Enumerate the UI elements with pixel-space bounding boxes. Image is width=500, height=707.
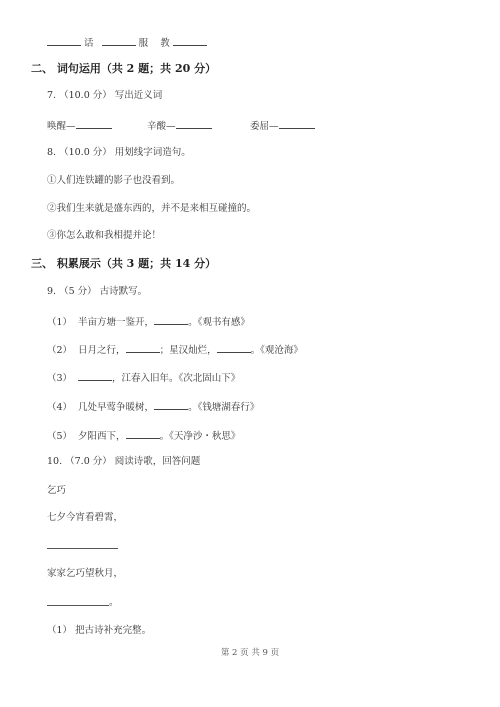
page-number: 第 2 页 共 9 页 [0, 646, 500, 658]
poem-item-2: （2）日月之行，；星汉灿烂，。《观沧海》 [47, 343, 303, 357]
poem-line-2-blank[interactable] [47, 548, 118, 549]
answer-blank[interactable] [126, 343, 160, 353]
sentence-item: ③你怎么敢和我相提并论！ [47, 230, 161, 242]
blank-word: 服 [139, 38, 149, 49]
poem-item-5: （5）夕阳西下，。《天净沙・秋思》 [47, 429, 240, 443]
section-heading-2: 二、 词句运用（共 2 题；共 20 分） [31, 62, 216, 76]
poem-item-1: （1）半亩方塘一鉴开，。《观书有感》 [47, 315, 250, 329]
answer-blank[interactable] [154, 315, 188, 325]
synonym-item: 唤醒— [47, 119, 112, 133]
item-number: （4） [47, 402, 72, 413]
question-8-label: 8. （10.0 分） 用划线字词造句。 [47, 147, 191, 159]
answer-blank[interactable] [217, 343, 251, 353]
synonym-word: 唤醒— [47, 121, 76, 132]
item-number: （1） [47, 317, 72, 328]
poem-item-4: （4）几处早莺争暖树，。《钱塘湖春行》 [47, 400, 259, 414]
poem-item-3: （3），江春入旧年。《次北固山下》 [47, 371, 240, 385]
answer-blank[interactable] [102, 36, 136, 46]
answer-blank[interactable] [173, 36, 207, 46]
answer-blank[interactable] [279, 119, 315, 129]
item-number: （5） [47, 431, 72, 442]
poem-title: 乞巧 [47, 485, 66, 497]
sentence-item: ②我们生来就是盛东西的，并不是来相互碰撞的。 [47, 203, 256, 215]
answer-blank[interactable] [176, 119, 212, 129]
fill-blank-row: 话 服 教 [47, 36, 207, 50]
section-heading-3: 三、 积累展示（共 3 题；共 14 分） [31, 257, 216, 271]
answer-blank[interactable] [154, 400, 188, 410]
poem-line-4-end: 。 [109, 597, 119, 609]
synonym-item: 辛酸— [147, 119, 212, 133]
poem-line-4-blank[interactable] [47, 605, 109, 606]
question-9-label: 9. （5 分） 古诗默写。 [47, 286, 147, 298]
answer-blank[interactable] [47, 36, 81, 46]
answer-blank[interactable] [76, 119, 112, 129]
synonym-item: 委屈— [250, 119, 315, 133]
sub-question-1: （1） 把古诗补充完整。 [47, 625, 151, 637]
answer-blank[interactable] [126, 429, 160, 439]
poem-line-3: 家家乞巧望秋月， [47, 568, 123, 580]
synonym-word: 辛酸— [147, 121, 176, 132]
question-7-label: 7. （10.0 分） 写出近义词 [47, 90, 162, 102]
blank-word: 话 [84, 38, 94, 49]
answer-blank[interactable] [78, 371, 112, 381]
item-number: （2） [47, 345, 72, 356]
blank-word: 教 [160, 38, 170, 49]
item-number: （3） [47, 373, 72, 384]
question-10-label: 10. （7.0 分） 阅读诗歌，回答问题 [47, 456, 200, 468]
sentence-item: ①人们连铁罐的影子也没看到。 [47, 175, 180, 187]
synonym-word: 委屈— [250, 121, 279, 132]
poem-line-1: 七夕今宵看碧霄， [47, 512, 123, 524]
